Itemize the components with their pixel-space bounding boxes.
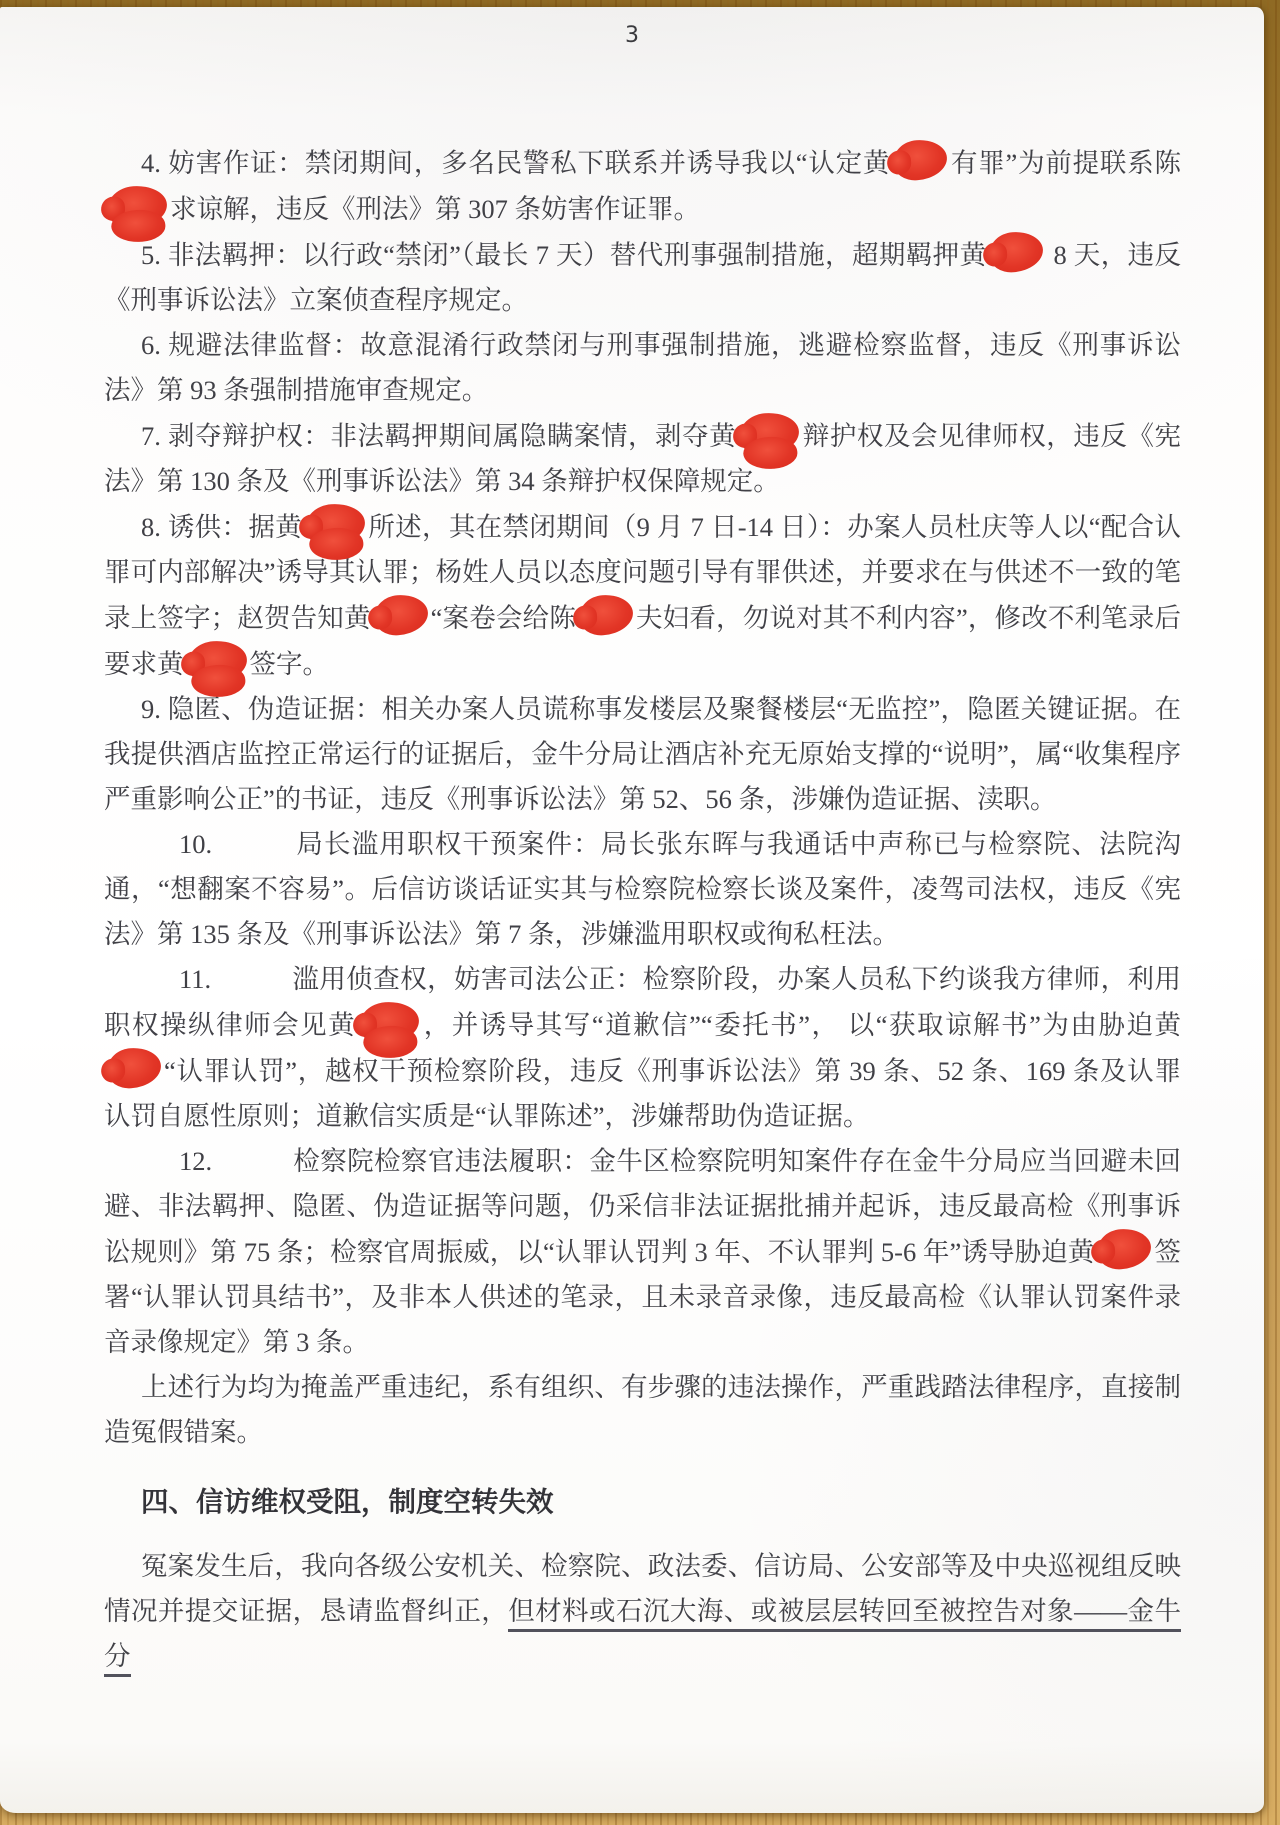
- document-content: 4. 妨害作证：禁闭期间，多名民警私下联系并诱导我以“认定黄有罪”为前提联系陈求…: [0, 140, 1264, 1679]
- redaction-mark: [185, 639, 248, 685]
- redaction-mark: [738, 411, 801, 457]
- text-run: 7. 剥夺辩护权：非法羁押期间属隐瞒案情，剥夺黄: [141, 421, 736, 451]
- petition-paragraph: 冤案发生后，我向各级公安机关、检察院、政法委、信访局、公安部等及中央巡视组反映情…: [104, 1544, 1181, 1679]
- text-run: 求谅解，违反《刑法》第 307 条妨害作证罪。: [170, 194, 700, 224]
- redaction-mark: [1096, 1227, 1153, 1271]
- text-run: 签字。: [250, 649, 330, 679]
- item-9: 9. 隐匿、伪造证据：相关办案人员谎称事发楼层及聚餐楼层“无监控”，隐匿关键证据…: [104, 687, 1181, 822]
- redaction-mark: [578, 593, 635, 637]
- text-run: 上述行为均为掩盖严重违纪，系有组织、有步骤的违法操作，严重践踏法律程序，直接制造…: [104, 1372, 1181, 1447]
- item-12: 12. 检察院检察官违法履职：金牛区检察院明知案件存在金牛分局应当回避未回避、非…: [104, 1139, 1181, 1365]
- redaction-mark: [106, 184, 169, 230]
- text-run: 4. 妨害作证：禁闭期间，多名民警私下联系并诱导我以“认定黄: [141, 148, 890, 178]
- text-run: 8. 诱供：据黄: [141, 512, 302, 542]
- item-10: 10. 局长滥用职权干预案件：局长张东晖与我通话中声称已与检察院、法院沟通，“想…: [104, 822, 1181, 957]
- text-run: 10. 局长滥用职权干预案件：局长张东晖与我通话中声称已与检察院、法院沟通，“想…: [104, 829, 1181, 949]
- item-4: 4. 妨害作证：禁闭期间，多名民警私下联系并诱导我以“认定黄有罪”为前提联系陈求…: [104, 140, 1181, 232]
- text-run: “案卷会给陈: [431, 603, 576, 633]
- redaction-mark: [372, 593, 429, 637]
- section-heading-4: 四、信访维权受阻，制度空转失效: [104, 1479, 1181, 1524]
- item-7: 7. 剥夺辩护权：非法羁押期间属隐瞒案情，剥夺黄辩护权及会见律师权，违反《宪法》…: [104, 413, 1181, 504]
- document-page: 4. 妨害作证：禁闭期间，多名民警私下联系并诱导我以“认定黄有罪”为前提联系陈求…: [0, 7, 1264, 1813]
- item-11: 11. 滥用侦查权，妨害司法公正：检察阶段，办案人员私下约谈我方律师，利用职权操…: [104, 957, 1181, 1139]
- redaction-mark: [304, 502, 367, 548]
- item-8: 8. 诱供：据黄所述，其在禁闭期间（9 月 7 日-14 日）：办案人员杜庆等人…: [104, 504, 1181, 687]
- text-run: 12. 检察院检察官违法履职：金牛区检察院明知案件存在金牛分局应当回避未回避、非…: [104, 1146, 1181, 1267]
- redaction-mark: [892, 138, 949, 182]
- text-run: 5. 非法羁押：以行政“禁闭”（最长 7 天）替代刑事强制措施，超期羁押黄: [141, 240, 986, 270]
- redaction-mark: [988, 230, 1045, 274]
- page-number: 3: [0, 23, 1264, 48]
- text-run: “认罪认罚”，越权干预检察阶段，违反《刑事诉讼法》第 39 条、52 条、169…: [104, 1056, 1181, 1131]
- redaction-mark: [358, 1000, 421, 1046]
- redaction-mark: [106, 1046, 163, 1090]
- item-5: 5. 非法羁押：以行政“禁闭”（最长 7 天）替代刑事强制措施，超期羁押黄 8 …: [104, 232, 1181, 323]
- text-run: 有罪”为前提联系陈: [950, 148, 1181, 178]
- text-run: ，并诱导其写“道歉信”“委托书”， 以“获取谅解书”为由胁迫黄: [422, 1010, 1181, 1040]
- item-6: 6. 规避法律监督：故意混淆行政禁闭与刑事强制措施，逃避检察监督，违反《刑事诉讼…: [104, 323, 1181, 413]
- text-run: 9. 隐匿、伪造证据：相关办案人员谎称事发楼层及聚餐楼层“无监控”，隐匿关键证据…: [104, 694, 1181, 814]
- text-run: 6. 规避法律监督：故意混淆行政禁闭与刑事强制措施，逃避检察监督，违反《刑事诉讼…: [104, 330, 1181, 405]
- closing-paragraph: 上述行为均为掩盖严重违纪，系有组织、有步骤的违法操作，严重践踏法律程序，直接制造…: [104, 1365, 1181, 1455]
